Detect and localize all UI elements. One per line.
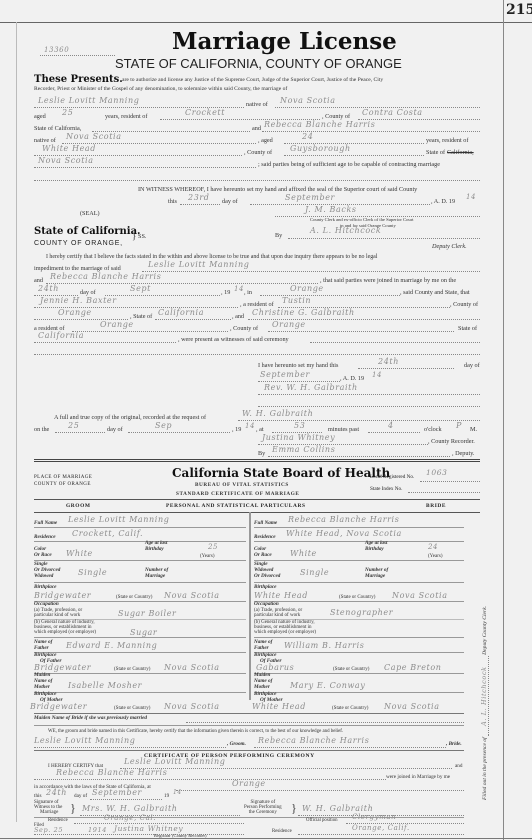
top-rule [0,22,532,23]
groom-age-label-2: Birthday [145,547,164,553]
ceremony-bride: Rebecca Blanche Harris [56,768,167,777]
witness1-state-line [155,319,231,320]
groom-residence: Crockett [185,108,225,117]
column-header-rule [34,512,480,513]
groom-occ-a-2: particular kind of work [34,613,80,618]
recording-deputy-label: , Deputy. [452,450,474,457]
license-number: 13360 [44,46,69,54]
hand-day-of-label: day of [464,362,480,369]
bride-mother-value: Mary E. Conway [290,681,365,690]
joined-text: , that said parties were joined in marri… [320,277,456,284]
groom-years-label: (Years) [200,554,215,559]
groom-full-name: Leslie Lovitt Manning [68,515,169,524]
witness-label-3: Marriage [34,810,62,815]
witnesses-line [310,342,480,343]
performer-signature: W. H. Galbraith [302,804,373,813]
cert-day: 24th [38,284,59,293]
blank-line-3 [258,406,480,407]
board-title: California State Board of Health [172,466,390,480]
witness1-county: Orange [58,308,92,317]
bride-father-value: William B. Harris [284,641,364,650]
certification-text-2: impediment to the marriage of said [34,265,121,272]
bride-state-country-label: (State or Country) [339,595,375,600]
deputy-clerk-label: Deputy Clerk. [432,243,467,250]
margin-note-prefix: Filled out in the presence of [482,737,488,800]
groom-residence-label: Residence [34,535,56,541]
maiden-name-label: Maiden Name of Bride if she was previous… [34,716,147,722]
witness1-name: Jennie H. Baxter [40,296,117,305]
recording-text: A full and true copy of the original, re… [54,414,206,421]
county-of-2-label: , County of [244,149,272,156]
and-2-label: , and [232,313,244,320]
bride-column-header: BRIDE [426,503,446,509]
witness-residence-label: Residence [48,818,68,823]
witness2-residence: Orange [100,320,134,329]
bride-county: Guysborough [290,144,351,153]
blank-line [34,180,480,181]
bride-mother-birthplace-town: White Head [252,702,306,711]
meridiem: P [456,421,462,430]
cert-month: Sept [130,284,151,293]
groom-mother-birthplace-town: Bridgewater [30,702,87,711]
registrar-signature: Justina Whitney [114,824,183,833]
minutes-past-label: minutes past [328,426,359,433]
witness2-state: California [38,331,84,340]
by-label: By [275,232,282,239]
performer-residence-line [298,834,464,835]
years-resident-2-label: years, resident of [426,137,468,144]
registrar-line [34,834,244,835]
blank-line-2 [34,354,480,355]
state-index-label: State Index No. [370,486,402,492]
recorder-signature: Justina Whitney [262,433,335,442]
recording-year: 14 [245,422,255,430]
ceremony-and-label: and [455,763,463,769]
bride-name: Rebecca Blanche Harris [264,120,375,129]
recording-year-prefix: , 19 [232,426,241,433]
resident-of-label: , a resident of [240,301,274,308]
groom-num-marriage-label-2: Marriage [145,574,165,580]
groom-row-rule [34,692,246,693]
bride-birthplace-label: Birthplace [254,585,276,591]
groom-name: Leslie Lovitt Manning [38,96,139,105]
bride-state-line [34,167,256,168]
maiden-rule [34,725,464,726]
bride-mother-label-3: Mother [254,685,270,691]
license-day: 23rd [188,193,210,202]
groom-state-country-label: (State or Country) [116,595,152,600]
county-of-end-label: , County of [450,301,478,308]
seal-label: (SEAL) [80,210,100,217]
groom-occupation-a: Sugar Boiler [118,609,176,618]
groom-single-label-3: Widowed [34,574,53,580]
said-county-text: , said County and State, that [400,289,470,296]
margin-note-suffix: Deputy County Clerk. [482,606,488,655]
clerk-signature: J. M. Backs [305,205,357,214]
groom-father-birthplace-country: Nova Scotia [164,663,220,672]
particulars-column-header: PERSONAL AND STATISTICAL PARTICULARS [166,503,306,509]
signature-rule [34,750,464,751]
witness2-county: Orange [272,320,306,329]
ceremony-place-line [176,790,464,791]
witness-whereof-text: IN WITNESS WHEREOF, I have hereunto set … [138,186,417,193]
bride-occ-b-3: which employed (or employer) [254,630,316,635]
hand-day-line [358,368,454,369]
and-label: and [252,125,261,132]
performer-label-3: the Ceremony [244,810,282,815]
bride-age-value: 24 [428,543,438,551]
bride-row-rule [254,601,464,602]
hand-day: 24th [378,357,399,366]
groom-father-state-label: (State or Country) [114,667,150,672]
officiant-signature: Rev. W. H. Galbraith [264,383,358,392]
bride-occupation-a: Stenographer [330,608,393,617]
bride-row-rule [254,527,464,528]
ceremony-place: Orange [232,779,266,788]
county-of-mid-label: , County of [230,325,258,332]
license-year: 14 [466,193,476,201]
witness-brace: } [70,801,76,816]
ceremony-day-of-label: day of [74,793,87,799]
state-of-2-label: State of [426,149,445,156]
bride-father-label-2: Father [254,646,269,652]
recording-day-of: day of [107,426,123,433]
bride-name-line [262,131,480,132]
aged-2-label: , aged [258,137,273,144]
groom-signature-label: , Groom. [227,742,246,748]
groom-mother-value: Isabelle Mosher [68,681,142,690]
hand-ad-label: , A. D. 19 [340,375,364,382]
cert-place-line [260,295,400,296]
hand-month: September [260,370,310,379]
witness1-state: California [158,308,204,317]
bride-father-state-label: (State or Country) [333,667,369,672]
cert-groom-name: Leslie Lovitt Manning [148,260,249,269]
recording-month-line [128,432,230,433]
groom-birthplace-town: Bridgewater [34,591,91,600]
bride-num-marriage-label-2: Marriage [365,574,385,580]
bride-color-value: White [290,549,317,558]
ceremony-day: 24th [46,788,67,797]
recording-month: Sep [155,421,172,430]
native-of-2-label: native of [34,137,56,144]
witnesses-text: , were present as witnesses of said cere… [178,336,289,343]
bride-row-rule [254,582,464,583]
recording-hour: 4 [388,421,394,430]
particulars-bottom-rule [34,713,464,714]
groom-native-of: Nova Scotia [280,96,336,105]
presents-heading: These Presents. [34,74,123,85]
groom-row-rule [34,582,246,583]
groom-row-rule [34,527,246,528]
marriage-license-page: 215 13360 Marriage License STATE OF CALI… [0,0,532,840]
witness-signature: Mrs. W. H. Galbraith [82,804,178,813]
groom-signature-line [34,747,226,748]
groom-signature: Leslie Lovitt Manning [34,736,135,745]
aged-label: aged [34,113,46,120]
witness2-state-line [34,342,176,343]
county-heading: COUNTY OF ORANGE, [34,240,123,247]
local-registered-label: Local Registered No. [370,474,414,480]
bride-age: 24 [302,132,313,141]
state-index-line [408,492,480,493]
local-reg-line [420,481,480,482]
hour-line [368,432,420,433]
bride-row-rule [254,560,464,561]
groom-father-value: Edward E. Manning [66,641,157,650]
filed-year: 1914 [88,826,107,834]
recording-minutes: 53 [294,421,305,430]
bride-native-of: Nova Scotia [66,132,122,141]
groom-row-rule [34,637,246,638]
county-line [358,119,480,120]
we-certify-text: WE, the groom and bride named in this Ce… [48,729,343,734]
native-of-label: native of [246,101,268,108]
groom-county: Contra Costa [362,108,423,117]
margin-note-name: A. L. Hitchcock [480,656,489,736]
groom-birthplace-label: Birthplace [34,585,56,591]
groom-age-value: 25 [208,543,218,551]
bride-age-label-2: Birthday [365,547,384,553]
cert-place: Orange [290,284,324,293]
recording-deputy-signature: Emma Collins [272,445,335,454]
groom-row-rule [34,673,246,674]
oclock-label: o'clock [424,426,442,433]
bride-county-line [284,155,424,156]
groom-row-rule [34,601,246,602]
bride-row-rule [254,673,464,674]
at-label: , at [256,426,264,433]
license-subtitle: STATE OF CALIFORNIA, COUNTY OF ORANGE [115,56,402,71]
cert-and-label: and [34,277,43,284]
hand-text: I have hereunto set my hand this [258,362,338,369]
groom-birthplace-country: Nova Scotia [164,591,220,600]
ceremony-month-line [90,799,162,800]
ad-label: , A. D. 19 [431,198,455,205]
bride-full-name: Rebecca Blanche Harris [288,515,399,524]
groom-occ-b-3: which employed (or employer) [34,630,96,635]
ceremony-month: September [92,788,142,797]
left-margin-rule [16,22,17,822]
groom-occupation-b: Sugar [130,628,157,637]
groom-age: 25 [62,108,73,117]
bureau-label: BUREAU OF VITAL STATISTICS [195,482,289,488]
groom-marital-value: Single [78,568,107,577]
bride-signature-line [254,747,446,748]
license-month: September [285,193,335,202]
on-the-label: on the [34,426,49,433]
page-number: 215 [506,2,532,18]
bride-marital-value: Single [300,568,329,577]
bride-birthplace-town: White Head [254,591,308,600]
bride-full-name-label: Full Name [254,521,277,527]
cert-bride-name: Rebecca Blanche Harris [50,272,161,281]
margin-note: Filled out in the presence of A. L. Hitc… [480,606,488,800]
sufficient-age-text: ; said parties being of sufficient age t… [258,161,440,168]
groom-color-label-2: Or Race [34,553,52,559]
requester-line [238,420,480,421]
bride-row-rule [254,637,464,638]
groom-column-header: GROOM [66,503,91,509]
groom-row-rule [34,560,246,561]
clerk-title-1: County Clerk and ex-officio Clerk of the… [310,217,414,222]
groom-mother-state-label: (State or Country) [114,706,150,711]
county-of-label: , County of [322,113,350,120]
cert-year: 14 [234,285,244,293]
ss-label: SS. [138,233,146,240]
cert-day-of-label: day of [80,289,96,296]
recording-day-line [55,432,105,433]
groom-father-birthplace-town: Bridgewater [34,663,91,672]
state-of-california-label: State of California, [34,125,81,132]
joined-label: were joined in Marriage by me [386,774,450,780]
groom-full-name-label: Full Name [34,521,57,527]
bride-signature: Rebecca Blanche Harris [258,736,369,745]
official-position-label: Official position [306,818,338,823]
recording-day: 25 [68,421,79,430]
bride-row-rule [254,692,464,693]
local-registered-value: 1063 [426,468,448,477]
groom-color-value: White [66,549,93,558]
ceremony-year: 14 [173,789,182,796]
bride-residence-label: Residence [254,535,276,541]
groom-occupation-label: Occupation [34,602,59,608]
bottom-rule [0,838,532,839]
bride-signature-label: , Bride. [446,742,462,748]
cert-bride-line [46,283,318,284]
state-of-end-label: State of [458,325,477,332]
section-rule-2 [34,461,480,462]
county-of-orange-label: COUNTY OF ORANGE [34,482,91,487]
years-resident-label: years, resident of [105,113,147,120]
witness-residence: Orange, Cal. [104,814,156,822]
recording-by-label: By [258,450,265,457]
section-rule-1 [34,459,480,460]
bride-residence-value: White Head, Nova Scotia [286,529,402,538]
bride-row-rule [254,652,464,653]
license-number-line [40,55,115,56]
bride-single-label-3: Or Divorced [254,574,280,580]
requester: W. H. Galbraith [242,409,313,418]
officiant-line [258,394,480,395]
official-position: Clergyman [352,813,396,821]
m-label: M. [470,426,477,433]
ceremony-rule [34,817,464,818]
county-recorder-label: , County Recorder. [428,438,475,445]
bride-father-birthplace-country: Cape Breton [384,663,442,672]
bride-occ-a-2: particular kind of work [254,613,300,618]
performer-brace: } [291,801,297,816]
bride-mother-state-label: (State or Country) [332,706,368,711]
day-of-label: day of [222,198,238,205]
performer-residence-label: Residence [272,829,292,834]
witness2-county-line [268,331,454,332]
bride-state: Nova Scotia [38,156,94,165]
witness2-residence-line [72,331,228,332]
groom-row-rule [34,541,246,542]
ceremony-groom: Leslie Lovitt Manning [124,757,225,766]
groom-mother-label-3: Mother [34,685,50,691]
groom-residence-value: Crockett, Calif. [72,529,143,538]
place-of-marriage-label: PLACE OF MARRIAGE [34,475,92,480]
performer-residence: Orange, Calif. [352,824,410,832]
witness2-name: Christine G. Galbraith [252,308,355,317]
bride-mother-birthplace-country: Nova Scotia [384,702,440,711]
cert-groom-line [142,271,480,272]
groom-mother-birthplace-country: Nova Scotia [164,702,220,711]
cert-year-prefix: , 19 [221,289,230,296]
recording-deputy-line [268,456,450,457]
ceremony-bride-line [34,779,386,780]
center-divider [249,512,251,700]
cert-month-line [105,295,220,296]
state-of-label: , State of [130,313,152,320]
bride-occupation-label: Occupation [254,602,279,608]
filed-date: Sep. 25 [34,826,63,834]
groom-father-label-2: Father [34,646,49,652]
header-rule [34,499,480,500]
ceremony-year-prefix: 19 [164,793,169,799]
witness1-residence: Tustin [282,296,311,305]
bride-color-label-2: Or Race [254,553,272,559]
performer-label: Signature of Person Performing the Cerem… [244,800,282,815]
bride-residence: White Head [42,144,96,153]
presents-text-1: are to authorize and license any Justice… [122,77,383,83]
bride-birthplace-country: Nova Scotia [392,591,448,600]
groom-row-rule [34,652,246,653]
hand-year: 14 [372,371,382,379]
hand-month-line [258,381,340,382]
bride-father-birthplace-town: Gabarus [256,663,294,672]
maiden-name-line [186,722,464,723]
state-heading: State of California. [34,226,141,237]
ceremony-this-label: this [34,793,42,799]
license-day-line [180,204,220,205]
witness-label: Signature of Witness to the Marriage [34,800,62,815]
this-label: this [168,198,177,205]
bride-years-label: (Years) [428,554,443,559]
cert-in-label: , in [244,289,252,296]
bracket: } [132,231,136,241]
right-margin-rule [503,0,504,840]
struck-california: California, [447,149,474,156]
deputy-clerk-line [288,238,480,239]
standard-certificate-label: STANDARD CERTIFICATE OF MARRIAGE [176,491,299,497]
license-title: Marriage License [172,28,397,55]
deputy-clerk-signature: A. L. Hitchcock [310,226,381,235]
presents-text-2: Recorder, Priest or Minister of the Gosp… [34,86,287,92]
bride-row-rule [254,541,464,542]
ceremony-groom-line [120,768,452,769]
